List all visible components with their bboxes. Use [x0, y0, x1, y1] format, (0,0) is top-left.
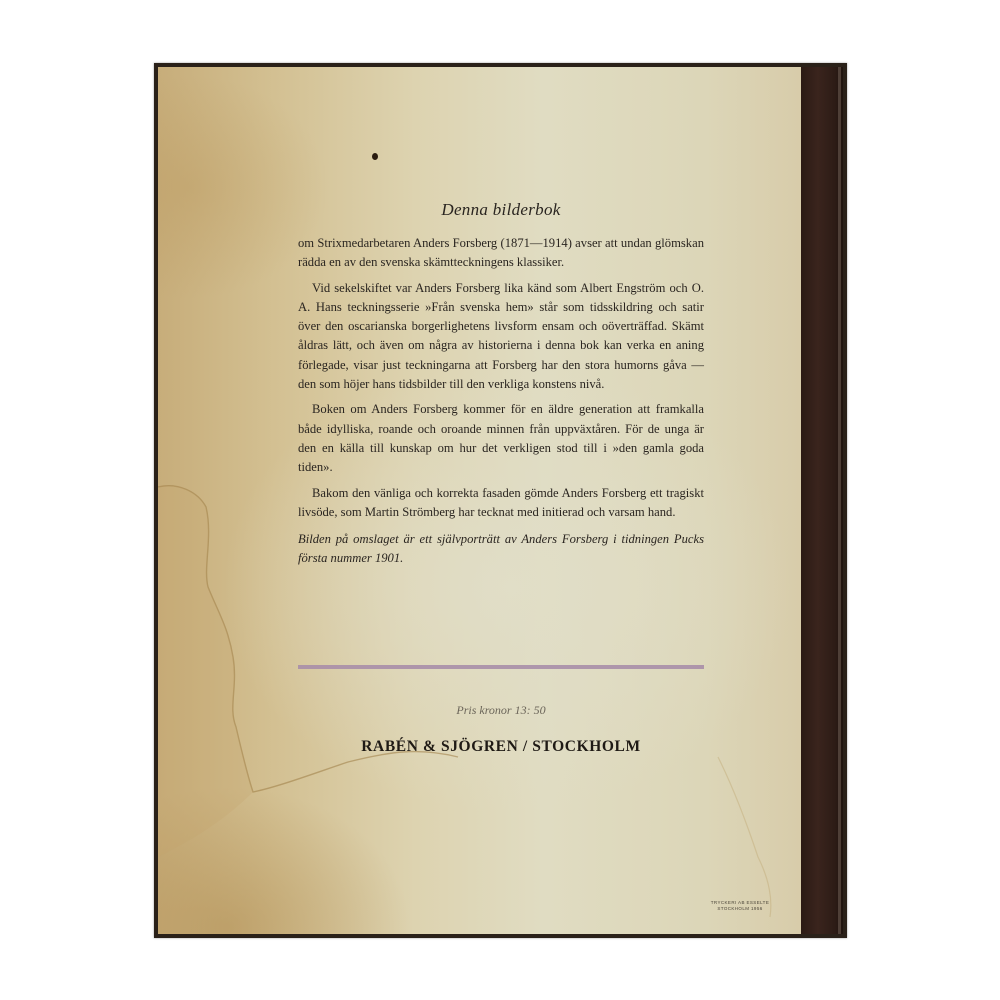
- page-hole-mark: [372, 153, 378, 160]
- divider-rule: [298, 665, 704, 669]
- paragraph-4: Bakom den vänliga och korrekta fasaden g…: [298, 484, 704, 523]
- book-spine: [801, 67, 843, 934]
- price-text: Pris kronor 13: 50: [298, 703, 704, 718]
- printer-imprint: TRYCKERI AB ESSELTE STOCKHOLM 1956: [700, 900, 780, 912]
- printer-line-2: STOCKHOLM 1956: [700, 906, 780, 912]
- paragraph-1: om Strixmedarbetaren Anders Forsberg (18…: [298, 234, 704, 273]
- paragraph-3: Boken om Anders Forsberg kommer för en ä…: [298, 400, 704, 477]
- spine-edge: [838, 67, 841, 934]
- publisher-name: RABÉN & SJÖGREN / STOCKHOLM: [298, 738, 704, 756]
- paragraph-2: Vid sekelskiftet var Anders Forsberg lik…: [298, 279, 704, 395]
- cover-caption: Bilden på omslaget är ett självporträtt …: [298, 530, 704, 569]
- blurb-text: Denna bilderbok om Strixmedarbetaren And…: [298, 200, 704, 581]
- blurb-heading: Denna bilderbok: [298, 200, 704, 220]
